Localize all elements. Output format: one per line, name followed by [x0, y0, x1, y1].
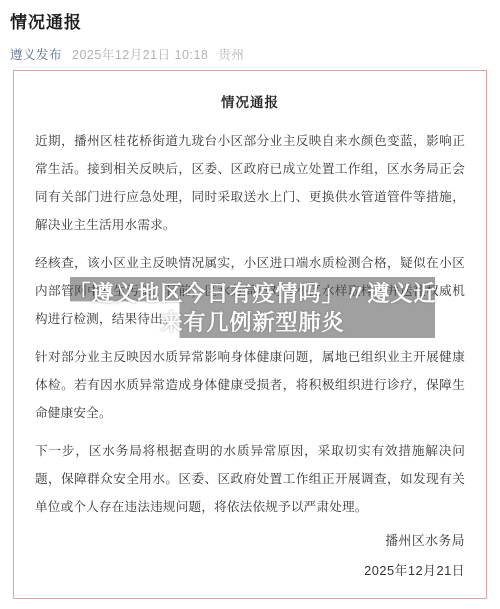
signature-org: 播州区水务局 [364, 526, 465, 556]
caption-overlay-text: 「遵义地区今日有疫情吗」〃遵义近 来有几例新型肺炎 [70, 277, 435, 338]
caption-line-2: 来有几例新型肺炎 [160, 308, 344, 337]
notice-paragraph-4: 下一步，区水务局将根据查明的水质异常原因，采取切实有效措施解决问题，保障群众安全… [35, 437, 465, 521]
article-meta: 遵义发布 2025年12月21日 10:18 贵州 [10, 45, 490, 63]
signature-date: 2025年12月21日 [364, 556, 465, 586]
source-account-link[interactable]: 遵义发布 [10, 45, 62, 63]
publish-datetime: 2025年12月21日 10:18 [72, 45, 208, 63]
notice-paragraph-1: 近期，播州区桂花桥街道九珑台小区部分业主反映自来水颜色变蓝，影响正常生活。接到相… [35, 127, 465, 239]
notice-paragraph-3: 针对部分业主反映因水质异常影响身体健康问题，属地已组织业主开展健康体检。若有因水… [35, 343, 465, 427]
publish-region: 贵州 [218, 45, 244, 63]
article-header: 情况通报 遵义发布 2025年12月21日 10:18 贵州 [0, 0, 500, 63]
article-title: 情况通报 [10, 8, 490, 33]
caption-line-1: 「遵义地区今日有疫情吗」〃遵义近 [69, 279, 437, 308]
notice-title: 情况通报 [35, 89, 465, 117]
notice-signature: 播州区水务局 2025年12月21日 [364, 526, 465, 586]
caption-overlay: 「遵义地区今日有疫情吗」〃遵义近 来有几例新型肺炎 [70, 277, 435, 338]
